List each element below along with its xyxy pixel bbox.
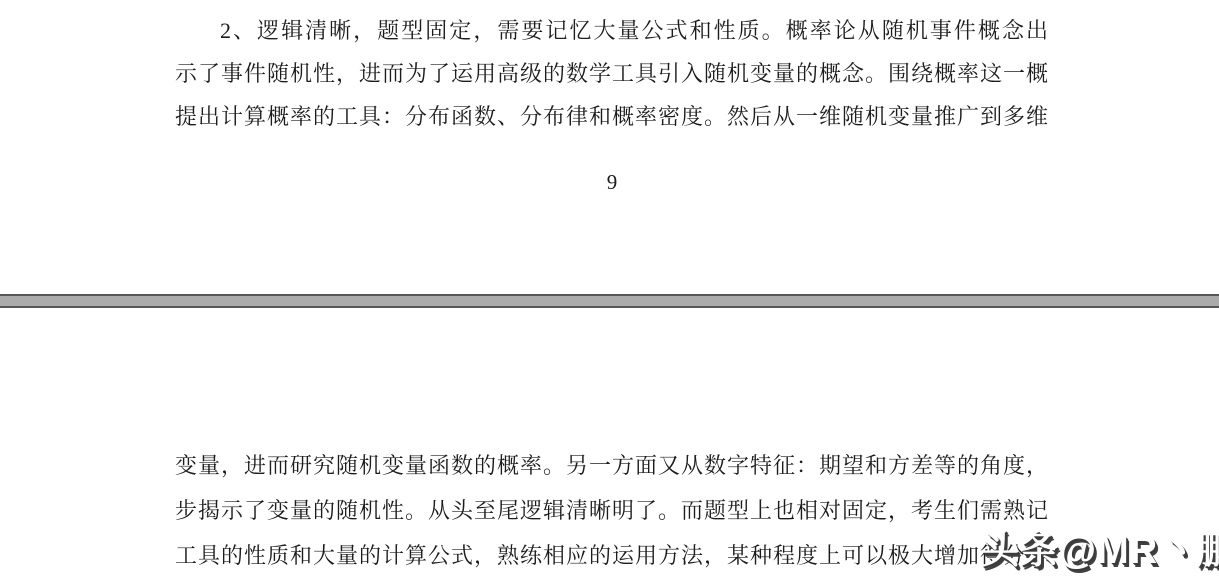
page-break-separator (0, 294, 1219, 308)
page-number: 9 (175, 168, 1049, 196)
document-page-view: 2、逻辑清晰，题型固定，需要记忆大量公式和性质。概率论从随机事件概念出发，揭 示… (0, 0, 1219, 581)
page-text-line: 步揭示了变量的随机性。从头至尾逻辑清晰明了。而题型上也相对固定，考生们需熟记各个 (175, 488, 1049, 533)
page-text-line: 提出计算概率的工具：分布函数、分布律和概率密度。然后从一维随机变量推广到多维随机 (175, 95, 1049, 138)
page-text-line: 2、逻辑清晰，题型固定，需要记忆大量公式和性质。概率论从随机事件概念出发，揭 (175, 9, 1049, 52)
page10-paragraph: 变量，进而研究随机变量函数的概率。另一方面又从数字特征：期望和方差等的角度，进一… (175, 443, 1049, 578)
page-text-line: 工具的性质和大量的计算公式，熟练相应的运用方法，某种程度上可以极大增加得分 (175, 533, 1049, 578)
page-text-line: 示了事件随机性，进而为了运用高级的数学工具引入随机变量的概念。围绕概率这一概念， (175, 52, 1049, 95)
watermark-text: 头条@MR丶鹏 (981, 526, 1219, 576)
page-text-line: 变量，进而研究随机变量函数的概率。另一方面又从数字特征：期望和方差等的角度，进一 (175, 443, 1049, 488)
page9-paragraph: 2、逻辑清晰，题型固定，需要记忆大量公式和性质。概率论从随机事件概念出发，揭 示… (175, 9, 1049, 138)
